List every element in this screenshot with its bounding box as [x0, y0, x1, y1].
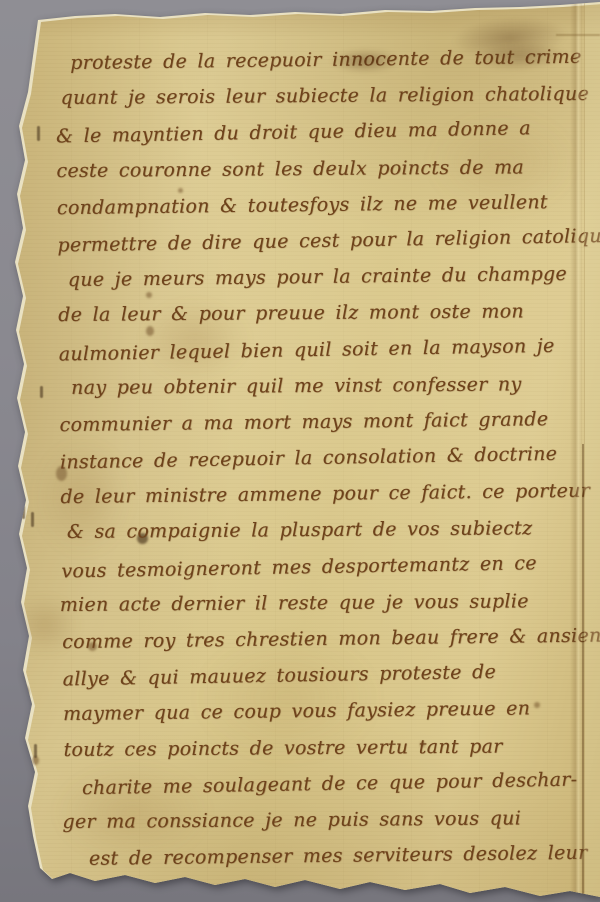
binding-mark [22, 506, 25, 519]
ink-speck [26, 838, 32, 845]
manuscript-page [3, 2, 600, 902]
ink-blot [15, 684, 29, 700]
page-background: proteste de la recepuoir innocente de to… [0, 0, 600, 902]
torn-paper-edge: proteste de la recepuoir innocente de to… [0, 0, 600, 902]
manuscript-page-wrap: proteste de la recepuoir innocente de to… [0, 0, 600, 902]
